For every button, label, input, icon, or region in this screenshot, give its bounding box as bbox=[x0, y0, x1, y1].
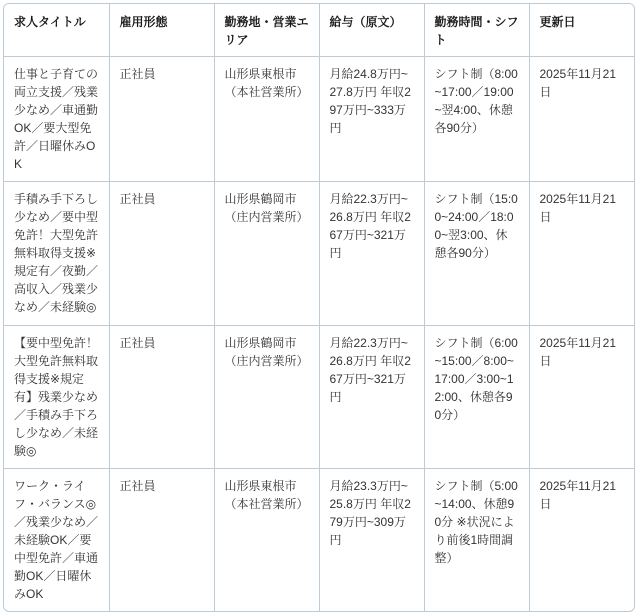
column-header-salary: 給与（原文） bbox=[319, 4, 424, 57]
cell-location: 山形県東根市（本社営業所） bbox=[214, 469, 319, 612]
column-header-title: 求人タイトル bbox=[4, 4, 109, 57]
column-header-hours: 勤務時間・シフト bbox=[424, 4, 529, 57]
table-row: ワーク・ライフ・バランス◎／残業少なめ／未経験OK／要中型免許／車通勤OK／日曜… bbox=[4, 469, 634, 612]
cell-title: ワーク・ライフ・バランス◎／残業少なめ／未経験OK／要中型免許／車通勤OK／日曜… bbox=[4, 469, 109, 612]
cell-salary: 月給24.8万円~27.8万円 年収297万円~333万円 bbox=[319, 57, 424, 182]
cell-updated: 2025年11月21日 bbox=[529, 326, 634, 469]
cell-title: 【要中型免許！大型免許無料取得支援※規定有】残業少なめ／手積み手下ろし少なめ／未… bbox=[4, 326, 109, 469]
cell-salary: 月給23.3万円~25.8万円 年収279万円~309万円 bbox=[319, 469, 424, 612]
column-header-updated: 更新日 bbox=[529, 4, 634, 57]
cell-title: 手積み手下ろし少なめ／要中型免許！大型免許無料取得支援※規定有／夜勤／高収入／残… bbox=[4, 182, 109, 326]
table-row: 手積み手下ろし少なめ／要中型免許！大型免許無料取得支援※規定有／夜勤／高収入／残… bbox=[4, 182, 634, 326]
cell-employment-type: 正社員 bbox=[109, 326, 214, 469]
column-header-employment-type: 雇用形態 bbox=[109, 4, 214, 57]
cell-employment-type: 正社員 bbox=[109, 182, 214, 326]
cell-hours: シフト制（5:00~14:00、休憩90分 ※状況により前後1時間調整） bbox=[424, 469, 529, 612]
cell-salary: 月給22.3万円~26.8万円 年収267万円~321万円 bbox=[319, 182, 424, 326]
cell-hours: シフト制（6:00~15:00／8:00~17:00／3:00~12:00、休憩… bbox=[424, 326, 529, 469]
cell-location: 山形県東根市（本社営業所） bbox=[214, 57, 319, 182]
job-listings-table: 求人タイトル 雇用形態 勤務地・営業エリア 給与（原文） 勤務時間・シフト 更新… bbox=[4, 4, 634, 611]
cell-hours: シフト制（15:00~24:00／18:00~翌3:00、休憩各90分） bbox=[424, 182, 529, 326]
cell-location: 山形県鶴岡市（庄内営業所） bbox=[214, 182, 319, 326]
table-row: 仕事と子育ての両立支援／残業少なめ／車通勤OK／要大型免許／日曜休みOK 正社員… bbox=[4, 57, 634, 182]
cell-employment-type: 正社員 bbox=[109, 57, 214, 182]
cell-salary: 月給22.3万円~26.8万円 年収267万円~321万円 bbox=[319, 326, 424, 469]
table-header: 求人タイトル 雇用形態 勤務地・営業エリア 給与（原文） 勤務時間・シフト 更新… bbox=[4, 4, 634, 57]
table-row: 【要中型免許！大型免許無料取得支援※規定有】残業少なめ／手積み手下ろし少なめ／未… bbox=[4, 326, 634, 469]
cell-employment-type: 正社員 bbox=[109, 469, 214, 612]
cell-location: 山形県鶴岡市（庄内営業所） bbox=[214, 326, 319, 469]
table-body: 仕事と子育ての両立支援／残業少なめ／車通勤OK／要大型免許／日曜休みOK 正社員… bbox=[4, 57, 634, 612]
column-header-location: 勤務地・営業エリア bbox=[214, 4, 319, 57]
cell-hours: シフト制（8:00~17:00／19:00~翌4:00、休憩各90分） bbox=[424, 57, 529, 182]
cell-updated: 2025年11月21日 bbox=[529, 469, 634, 612]
cell-updated: 2025年11月21日 bbox=[529, 182, 634, 326]
cell-title: 仕事と子育ての両立支援／残業少なめ／車通勤OK／要大型免許／日曜休みOK bbox=[4, 57, 109, 182]
header-row: 求人タイトル 雇用形態 勤務地・営業エリア 給与（原文） 勤務時間・シフト 更新… bbox=[4, 4, 634, 57]
cell-updated: 2025年11月21日 bbox=[529, 57, 634, 182]
job-listings-table-container: 求人タイトル 雇用形態 勤務地・営業エリア 給与（原文） 勤務時間・シフト 更新… bbox=[3, 3, 635, 611]
